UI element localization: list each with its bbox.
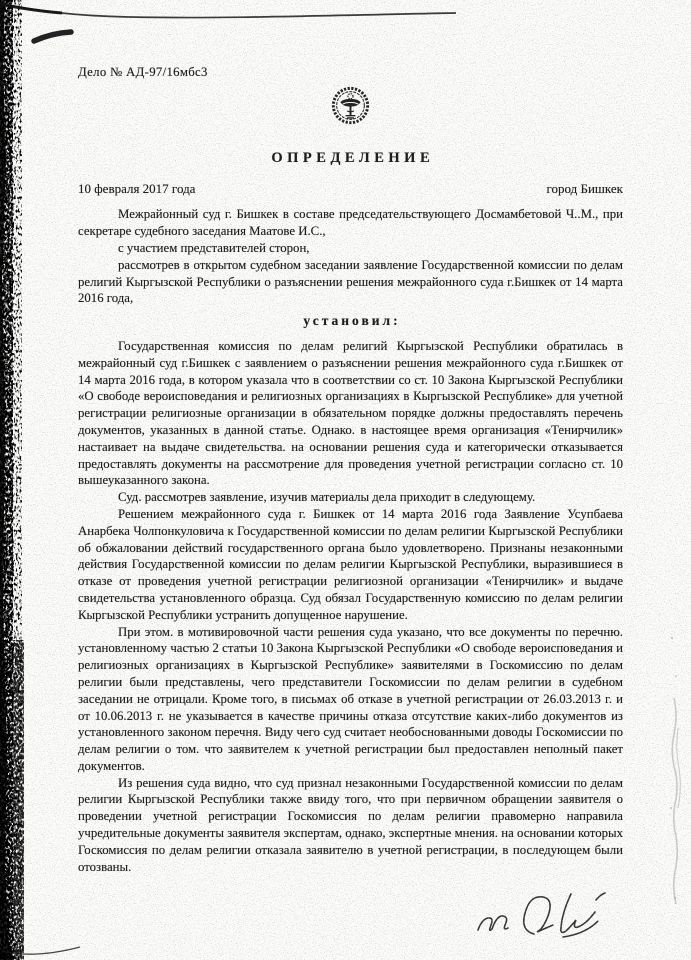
body-paragraph-court-review: Суд. рассмотрев заявление, изучив матери…: [78, 489, 623, 506]
body-paragraph-motivation-part: При этом. в мотивировочной части решения…: [78, 624, 623, 775]
state-emblem-icon: [78, 86, 623, 126]
date-row: 10 февраля 2017 года город Бишкек: [78, 181, 623, 198]
case-number: Дело № АД-97/16мбс3: [78, 64, 623, 81]
document-body: Дело № АД-97/16мбс3 ОПРЕДЕЛЕНИЕ 10 февра…: [78, 0, 623, 875]
document-date: 10 февраля 2017 года: [78, 181, 195, 198]
intro-paragraph-case-subject: рассмотрев в открытом судебном заседании…: [78, 257, 623, 307]
scan-artifact-pen-dash: [34, 32, 71, 41]
body-paragraph-prior-decision: Решением межрайонного суда г. Бишкек от …: [78, 506, 623, 624]
judge-signature: [468, 888, 618, 950]
ruling-heading: установил:: [78, 313, 623, 330]
body-paragraph-commission-application: Государственная комиссия по делам религи…: [78, 338, 623, 489]
intro-paragraph-court-composition: Межрайонный суд г. Бишкек в составе пред…: [78, 206, 623, 240]
document-title: ОПРЕДЕЛЕНИЕ: [78, 150, 623, 167]
document-city: город Бишкек: [546, 181, 623, 198]
intro-paragraph-parties: с участием представителей сторон,: [78, 240, 623, 257]
intro-block: Межрайонный суд г. Бишкек в составе пред…: [78, 206, 623, 307]
body-paragraph-conclusion: Из решения суда видно, что суд признал н…: [78, 775, 623, 876]
scanned-court-document-page: Дело № АД-97/16мбс3 ОПРЕДЕЛЕНИЕ 10 февра…: [0, 0, 691, 960]
scan-artifact-right-margin-noise: [660, 598, 691, 948]
